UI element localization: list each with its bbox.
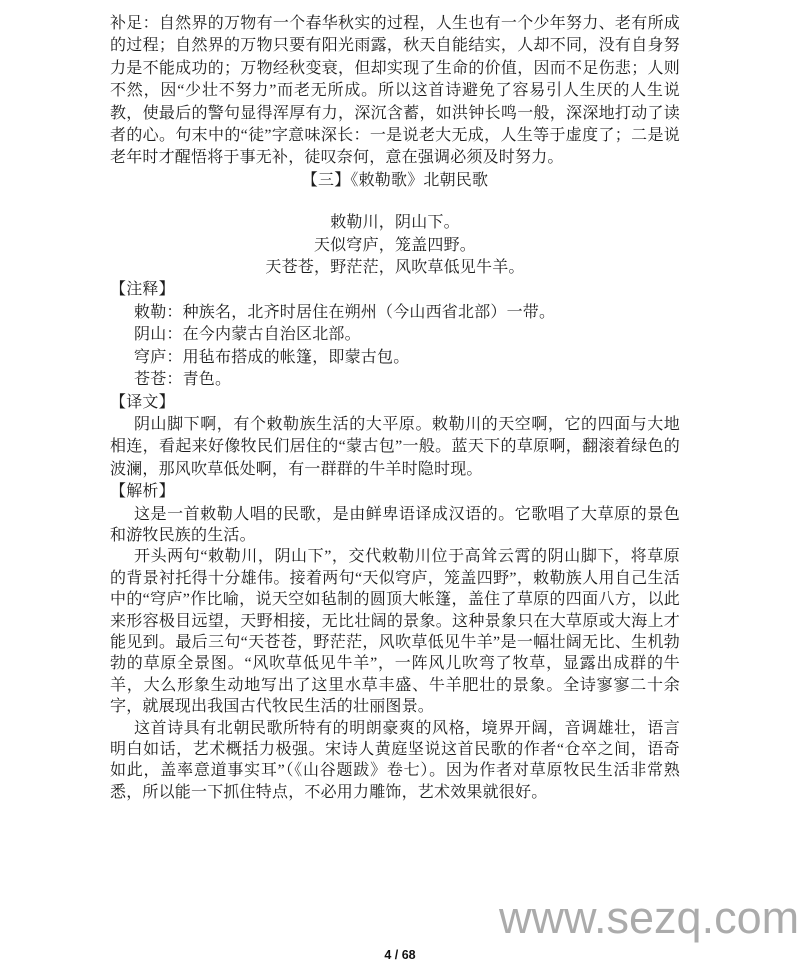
poem-line: 天似穹庐，笼盖四野。 — [110, 235, 680, 257]
poem-line: 天苍苍，野茫茫，风吹草低见牛羊。 — [110, 257, 680, 279]
annotation-item: 苍苍：青色。 — [134, 369, 680, 391]
annotation-list: 敕勒：种族名，北齐时居住在朔州（今山西省北部）一带。 阴山：在今内蒙古自治区北部… — [110, 302, 680, 392]
analysis-paragraph: 这首诗具有北朝民歌所特有的明朗豪爽的风格，境界开阔，音调雄壮，语言明白如话，艺术… — [110, 718, 680, 804]
translation-title: 【译文】 — [110, 392, 680, 414]
annotation-item: 穹庐：用毡布搭成的帐篷，即蒙古包。 — [134, 347, 680, 369]
section-heading: 【三】《敕勒歌》北朝民歌 — [110, 170, 680, 192]
analysis-paragraph: 这是一首敕勒人唱的民歌，是由鲜卑语译成汉语的。它歌唱了大草原的景色和游牧民族的生… — [110, 504, 680, 547]
annotation-item: 敕勒：种族名，北齐时居住在朔州（今山西省北部）一带。 — [134, 302, 680, 324]
page-number: 4 / 68 — [0, 948, 800, 962]
watermark: www.sezq.com — [499, 892, 799, 944]
analysis-section: 【解析】 这是一首敕勒人唱的民歌，是由鲜卑语译成汉语的。它歌唱了大草原的景色和游… — [110, 481, 680, 803]
intro-paragraph: 补足：自然界的万物有一个春华秋实的过程，人生也有一个少年努力、老有所成的过程；自… — [110, 13, 680, 170]
analysis-paragraph: 开头两句“敕勒川，阴山下”，交代敕勒川位于高耸云霄的阴山脚下，将草原的背景衬托得… — [110, 546, 680, 717]
annotations-section: 【注释】 敕勒：种族名，北齐时居住在朔州（今山西省北部）一带。 阴山：在今内蒙古… — [110, 279, 680, 391]
document-page: 补足：自然界的万物有一个春华秋实的过程，人生也有一个少年努力、老有所成的过程；自… — [0, 0, 800, 975]
annotation-item: 阴山：在今内蒙古自治区北部。 — [134, 324, 680, 346]
poem-line: 敕勒川，阴山下。 — [110, 212, 680, 234]
poem: 敕勒川，阴山下。 天似穹庐，笼盖四野。 天苍苍，野茫茫，风吹草低见牛羊。 — [110, 212, 680, 279]
analysis-title: 【解析】 — [110, 481, 680, 503]
translation-text: 阴山脚下啊，有个敕勒族生活的大平原。敕勒川的天空啊，它的四面与大地相连，看起来好… — [110, 414, 680, 481]
translation-section: 【译文】 阴山脚下啊，有个敕勒族生活的大平原。敕勒川的天空啊，它的四面与大地相连… — [110, 392, 680, 482]
document-content: 补足：自然界的万物有一个春华秋实的过程，人生也有一个少年努力、老有所成的过程；自… — [110, 13, 680, 803]
annotations-title: 【注释】 — [110, 279, 680, 301]
